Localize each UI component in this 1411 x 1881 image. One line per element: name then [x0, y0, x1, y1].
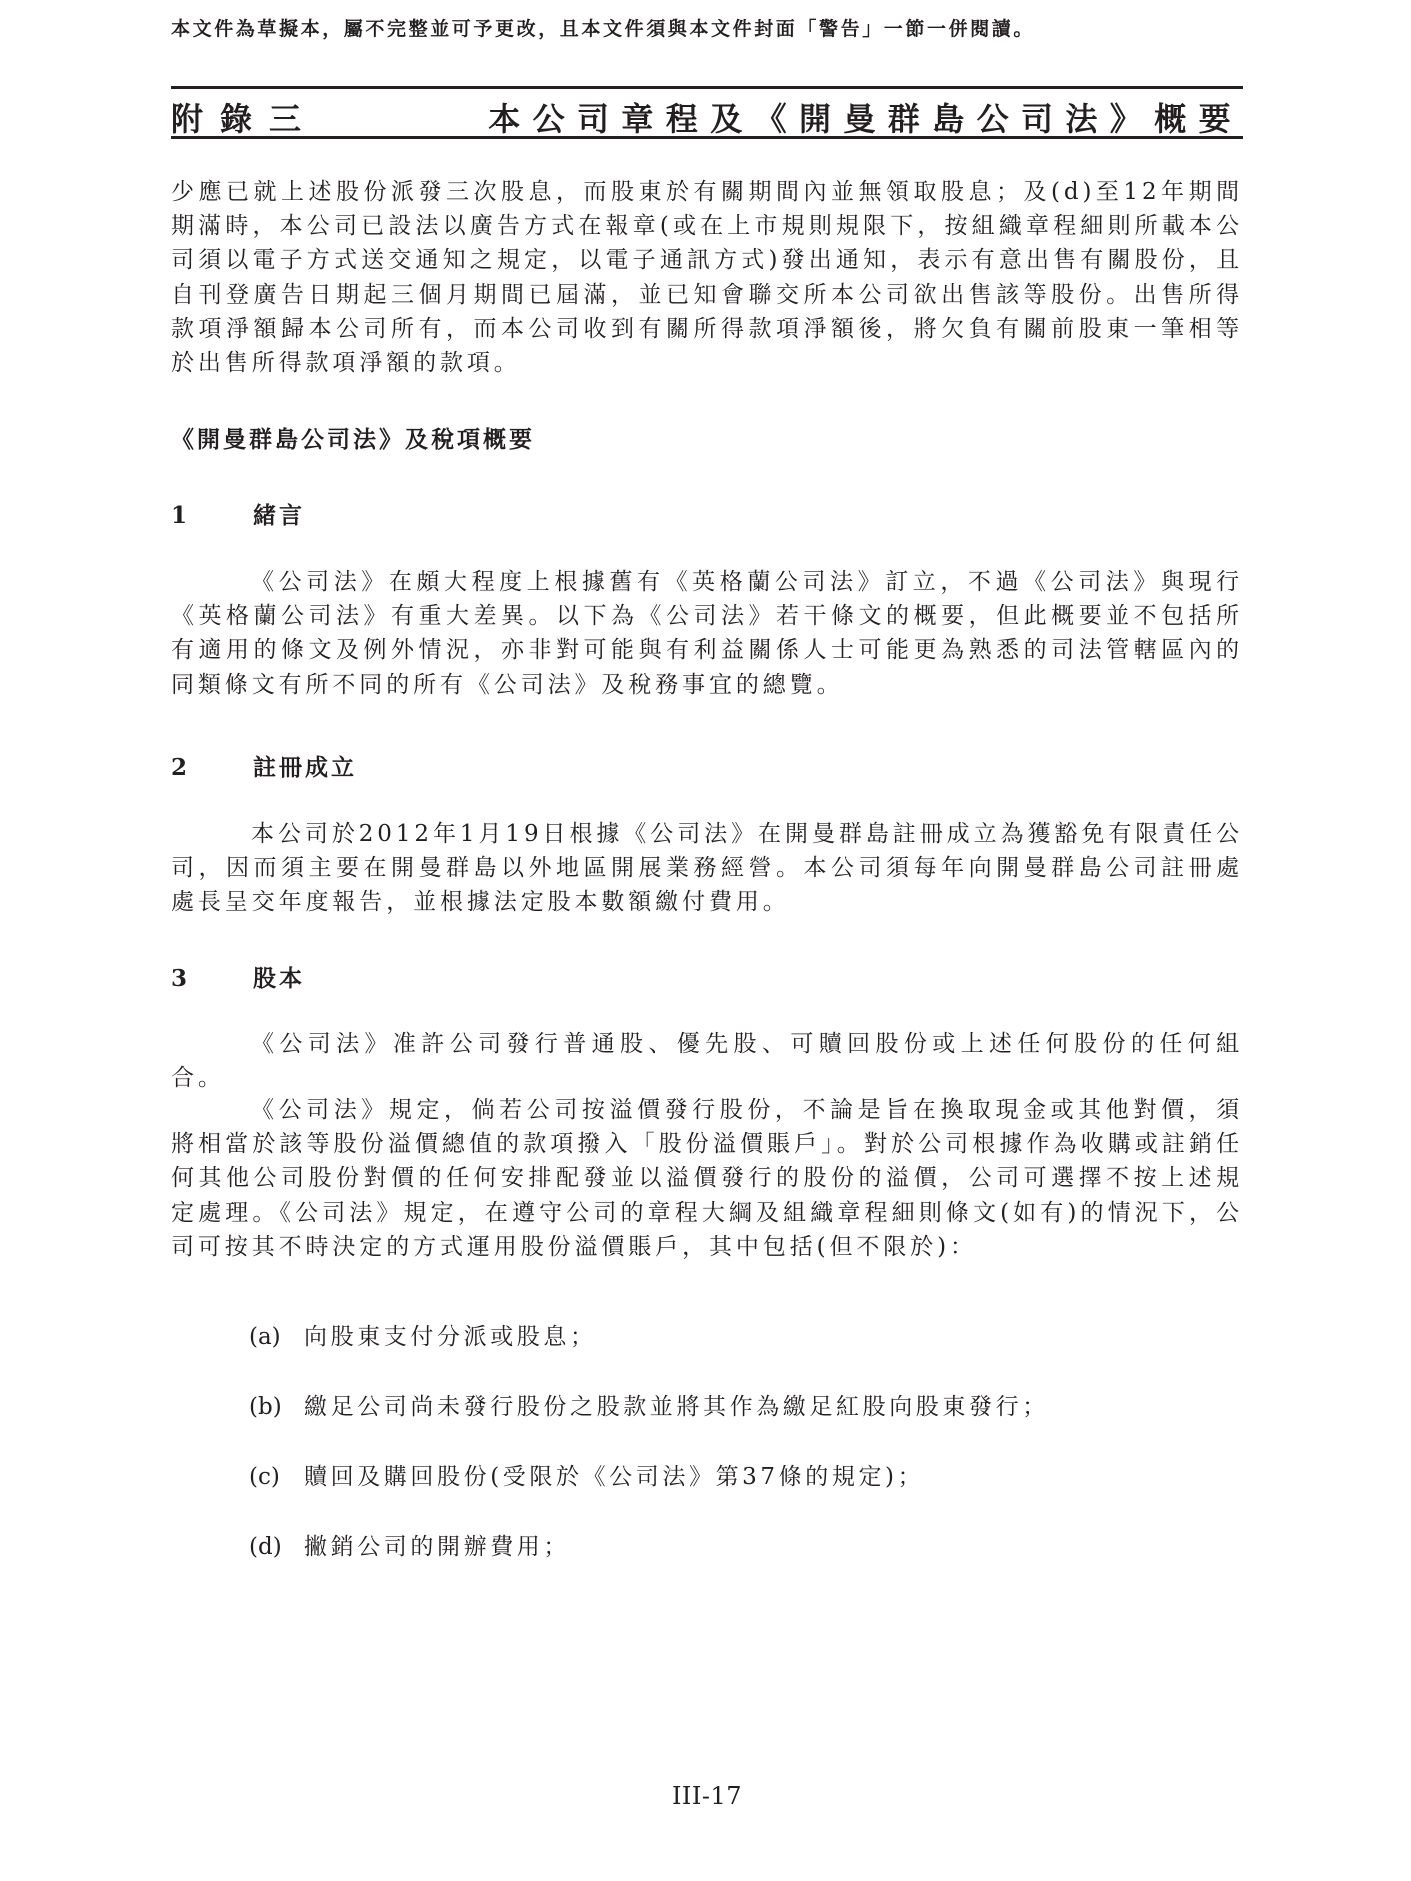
list-item-c: (c)贖回及購回股份(受限於《公司法》第37條的規定)；: [249, 1458, 924, 1491]
section-2-paragraph: 本公司於2012年1月19日根據《公司法》在開曼群島註冊成立為獲豁免有限責任公司…: [171, 817, 1243, 920]
list-marker: (b): [249, 1394, 304, 1420]
appendix-label: 附錄三: [171, 94, 318, 140]
list-marker: (a): [249, 1324, 304, 1350]
list-text: 向股東支付分派或股息；: [304, 1324, 597, 1350]
list-marker: (d): [249, 1534, 304, 1560]
header-rule-top: [171, 86, 1243, 89]
appendix-title: 本公司章程及《開曼群島公司法》概要: [446, 94, 1243, 140]
draft-notice: 本文件為草擬本，屬不完整並可予更改，且本文件須與本文件封面「警告」一節一併閱讀。: [171, 14, 1243, 41]
list-text: 撇銷公司的開辦費用；: [304, 1534, 570, 1560]
intro-paragraph: 少應已就上述股份派發三次股息，而股東於有關期間內並無領取股息；及(d)至12年期…: [171, 175, 1243, 380]
section-3-paragraph-1: 《公司法》准許公司發行普通股、優先股、可贖回股份或上述任何股份的任何組合。: [171, 1027, 1243, 1095]
page-number: III-17: [171, 1782, 1243, 1810]
section-3-paragraph-2: 《公司法》規定，倘若公司按溢價發行股份，不論是旨在換取現金或其他對價，須將相當於…: [171, 1093, 1243, 1264]
section-1-heading: 1緒言: [171, 497, 305, 530]
header-rule-bottom: [171, 136, 1243, 139]
list-item-a: (a)向股東支付分派或股息；: [249, 1318, 597, 1351]
section-number: 1: [171, 502, 253, 529]
section-3-heading: 3股本: [171, 960, 305, 993]
section-number: 3: [171, 965, 253, 992]
section-heading: 《開曼群島公司法》及稅項概要: [171, 421, 535, 454]
section-number: 2: [171, 754, 253, 781]
section-title: 註冊成立: [253, 754, 357, 781]
list-text: 繳足公司尚未發行股份之股款並將其作為繳足紅股向股東發行；: [304, 1394, 1049, 1420]
list-marker: (c): [249, 1464, 304, 1490]
section-2-heading: 2註冊成立: [171, 749, 357, 782]
list-item-b: (b)繳足公司尚未發行股份之股款並將其作為繳足紅股向股東發行；: [249, 1388, 1049, 1421]
section-title: 緒言: [253, 502, 305, 529]
section-title: 股本: [253, 965, 305, 992]
list-item-d: (d)撇銷公司的開辦費用；: [249, 1528, 570, 1561]
list-text: 贖回及購回股份(受限於《公司法》第37條的規定)；: [304, 1464, 924, 1490]
section-1-paragraph: 《公司法》在頗大程度上根據舊有《英格蘭公司法》訂立，不過《公司法》與現行《英格蘭…: [171, 565, 1243, 702]
